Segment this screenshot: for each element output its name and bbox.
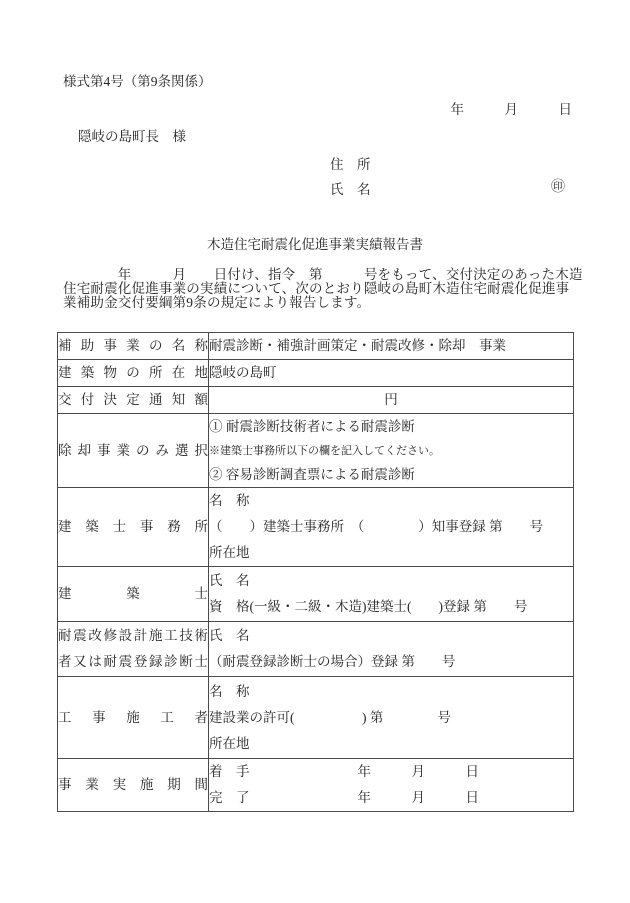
addressee: 隠岐の島町長 様 [78, 129, 186, 145]
label-line: 事業実施期間 [58, 772, 208, 798]
row-label-building-location: 建築物の所在地 [58, 360, 209, 387]
row-content-architect: 氏 名資 格(一級・二級・木造)建築士( )登録 第 号 [209, 567, 574, 622]
table-row-grant-decision-amount: 交付決定通知額円 [58, 387, 574, 414]
content-line: 建設業の許可( ) 第 号 [209, 705, 573, 731]
content-line: ※建築士事務所以下の欄を記入してください。 [209, 439, 573, 463]
content-line: （耐震登録診断士の場合）登録 第 号 [209, 649, 573, 675]
row-content-seismic-retrofit-engineer: 氏 名（耐震登録診断士の場合）登録 第 号 [209, 622, 574, 677]
row-content-grant-decision-amount: 円 [209, 387, 574, 414]
content-line: 完 了 年 月 日 [209, 785, 573, 811]
body-line: 住宅耐震化促進事業の実績について、次のとおり隠岐の島町木造住宅耐震化促進事 [63, 282, 578, 296]
address-label: 住 所 [330, 157, 371, 173]
content-line: （ ）建築士事務所 （ ）知事登録 第 号 [209, 514, 573, 540]
row-content-project-period: 着 手 年 月 日完 了 年 月 日 [209, 759, 574, 812]
row-label-project-name: 補助事業の名称 [58, 333, 209, 360]
label-line: 工事施工者 [58, 705, 208, 731]
row-label-construction-contractor: 工事施工者 [58, 677, 209, 759]
content-line: 耐震診断・補強計画策定・耐震改修・除却 事業 [209, 333, 573, 359]
label-line: 交付決定通知額 [58, 387, 208, 413]
row-content-demolition-only-selection: ① 耐震診断技術者による耐震診断※建築士事務所以下の欄を記入してください。② 容… [209, 414, 574, 488]
table-row-project-period: 事業実施期間着 手 年 月 日完 了 年 月 日 [58, 759, 574, 812]
content-line: 氏 名 [209, 623, 573, 649]
content-line: ① 耐震診断技術者による耐震診断 [209, 415, 573, 439]
label-line: 建築士 [58, 581, 208, 607]
table-row-building-location: 建築物の所在地隠岐の島町 [58, 360, 574, 387]
content-line: 氏 名 [209, 568, 573, 594]
row-label-architect: 建築士 [58, 567, 209, 622]
label-line: 耐震改修設計施工技術 [58, 623, 208, 649]
form-number: 様式第4号（第9条関係） [63, 74, 212, 90]
table-row-architect-office: 建築士事務所名 称（ ）建築士事務所 （ ）知事登録 第 号所在地 [58, 488, 574, 567]
row-label-seismic-retrofit-engineer: 耐震改修設計施工技術者又は耐震登録診断士 [58, 622, 209, 677]
report-table: 補助事業の名称耐震診断・補強計画策定・耐震改修・除却 事業建築物の所在地隠岐の島… [57, 332, 574, 812]
table-row-project-name: 補助事業の名称耐震診断・補強計画策定・耐震改修・除却 事業 [58, 333, 574, 360]
row-content-architect-office: 名 称（ ）建築士事務所 （ ）知事登録 第 号所在地 [209, 488, 574, 567]
report-form-page: 様式第4号（第9条関係） 年 月 日 隠岐の島町長 様 住 所 氏 名 ㊞ 木造… [0, 0, 630, 903]
row-content-building-location: 隠岐の島町 [209, 360, 574, 387]
content-line: 所在地 [209, 540, 573, 566]
row-label-demolition-only-selection: 除却事業のみ選択 [58, 414, 209, 488]
table-row-architect: 建築士氏 名資 格(一級・二級・木造)建築士( )登録 第 号 [58, 567, 574, 622]
content-line: 着 手 年 月 日 [209, 759, 573, 785]
date-line: 年 月 日 [451, 102, 573, 118]
content-line: ② 容易診断調査票による耐震診断 [209, 463, 573, 487]
content-line: 資 格(一級・二級・木造)建築士( )登録 第 号 [209, 594, 573, 620]
content-line: 名 称 [209, 488, 573, 514]
table-row-demolition-only-selection: 除却事業のみ選択① 耐震診断技術者による耐震診断※建築士事務所以下の欄を記入して… [58, 414, 574, 488]
row-content-construction-contractor: 名 称建設業の許可( ) 第 号所在地 [209, 677, 574, 759]
content-line: 隠岐の島町 [209, 360, 573, 386]
body-line: 年 月 日付け、指令 第 号をもって、交付決定のあった木造 [63, 268, 578, 282]
name-label: 氏 名 [330, 182, 371, 198]
row-label-grant-decision-amount: 交付決定通知額 [58, 387, 209, 414]
label-line: 除却事業のみ選択 [58, 438, 208, 464]
document-title: 木造住宅耐震化促進事業実績報告書 [57, 233, 573, 253]
body-paragraph: 年 月 日付け、指令 第 号をもって、交付決定のあった木造 住宅耐震化促進事業の… [63, 268, 578, 310]
label-line: 者又は耐震登録診断士 [58, 649, 208, 675]
label-line: 建築物の所在地 [58, 360, 208, 386]
content-line: 所在地 [209, 731, 573, 757]
content-line: 円 [209, 387, 573, 413]
content-line: 名 称 [209, 679, 573, 705]
seal-stamp-icon: ㊞ [551, 180, 565, 196]
body-line: 業補助金交付要綱第9条の規定により報告します。 [63, 296, 578, 310]
row-content-project-name: 耐震診断・補強計画策定・耐震改修・除却 事業 [209, 333, 574, 360]
report-table-body: 補助事業の名称耐震診断・補強計画策定・耐震改修・除却 事業建築物の所在地隠岐の島… [58, 333, 574, 812]
label-line: 建築士事務所 [58, 514, 208, 540]
table-row-seismic-retrofit-engineer: 耐震改修設計施工技術者又は耐震登録診断士氏 名（耐震登録診断士の場合）登録 第 … [58, 622, 574, 677]
table-row-construction-contractor: 工事施工者名 称建設業の許可( ) 第 号所在地 [58, 677, 574, 759]
row-label-architect-office: 建築士事務所 [58, 488, 209, 567]
label-line: 補助事業の名称 [58, 333, 208, 359]
row-label-project-period: 事業実施期間 [58, 759, 209, 812]
